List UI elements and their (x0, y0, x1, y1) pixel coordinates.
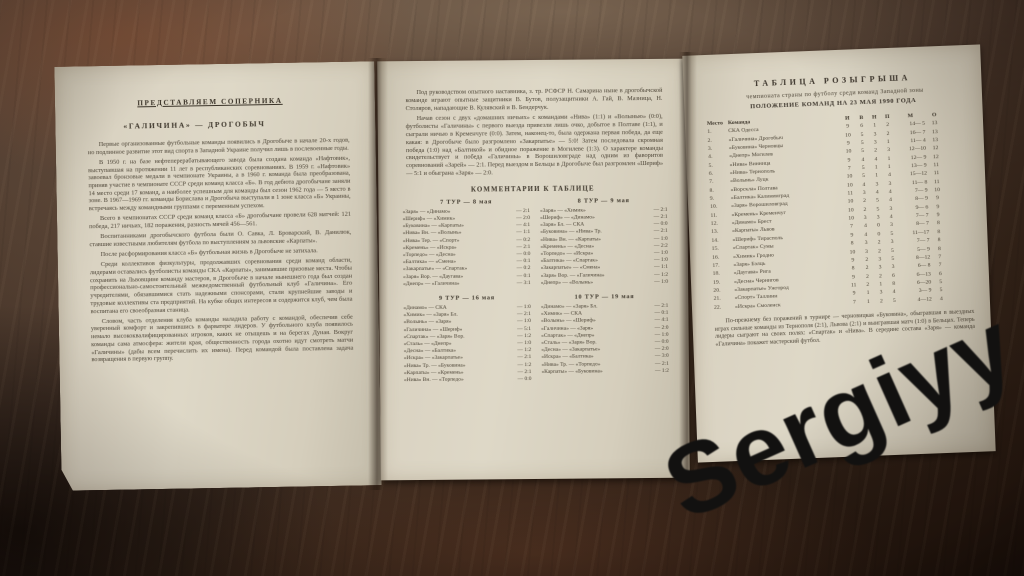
tour-title: 9 ТУР — 16 мая (403, 294, 531, 302)
left-page-header: ПРЕДСТАВЛЯЕМ СОПЕРНИКА (55, 95, 365, 108)
standings-rows: 1. СКА Одесса 9 6 1 2 14— 5 13 2. «Галич… (707, 118, 976, 311)
cell-points: 4 (934, 294, 949, 303)
tour-title: 10 ТУР — 19 мая (541, 293, 669, 301)
programme-page-left: ПРЕДСТАВЛЯЕМ СОПЕРНИКА «ГАЛИЧИНА» — ДРОГ… (54, 61, 381, 491)
programme-page-middle: Под руководством опытного наставника, з.… (377, 59, 690, 481)
match-score: 2:1 (517, 354, 531, 361)
left-page-paragraph: Словом, часть отделения клуба команды на… (91, 313, 354, 364)
middle-page-body: Под руководством опытного наставника, з.… (405, 87, 663, 178)
match-result-row: «Нива» Вн. — «Торпедо»0:0 (404, 376, 532, 384)
tour-block: 10 ТУР — 19 мая «Динамо» — «Заря» Бл.2:1… (541, 293, 669, 383)
cell-wins: 1 (862, 297, 875, 306)
tour-match-list: «Заря» — «Химик»2:1«Шериф» — «Динамо»2:1… (540, 207, 668, 287)
tour-block: 7 ТУР — 8 мая «Заря» — «Динамо»2:1«Шериф… (402, 198, 530, 288)
cell-place: 22. (714, 303, 735, 312)
tour-match-list: «Динамо» — «Заря» Бл.2:1«Химик» — СКА0:1… (541, 303, 669, 376)
tour-match-list: «Заря» — «Динамо»2:1«Шериф» — «Химик»2:0… (402, 208, 530, 288)
tour-block: 9 ТУР — 16 мая «Динамо» — СКА1:0«Химик» … (403, 294, 531, 384)
middle-page-paragraph: Начав сезон с двух «домашних ничьих» с к… (406, 113, 664, 178)
left-page-body: Первые организованные футбольные команды… (88, 137, 354, 365)
comments-section-title: КОММЕНТАРИИ К ТАБЛИЦЕ (378, 184, 687, 194)
match-score: 1:2 (655, 368, 669, 375)
match-result-row: «Днепр» — «Галичина»3:1 (403, 280, 531, 288)
match-score: 5:1 (517, 326, 531, 333)
cell-losses: 5 (888, 296, 901, 305)
match-score: 1:2 (517, 347, 531, 354)
match-score: 2:1 (517, 369, 531, 376)
left-page-paragraph: Всего в чемпионатах СССР среди команд кл… (89, 211, 351, 231)
match-score: 1:2 (517, 362, 531, 369)
tour-title: 8 ТУР — 9 мая (540, 197, 668, 205)
tour-block: 8 ТУР — 9 мая «Заря» — «Химик»2:1«Шериф»… (540, 197, 668, 287)
standings-table: Место Команда И В Н П М О 1. СКА Одесса … (707, 110, 976, 312)
middle-page-paragraph: Под руководством опытного наставника, з.… (405, 87, 662, 113)
match-score: 1:0 (517, 318, 531, 325)
tour-match-list: «Динамо» — СКА1:0«Химик» — «Заря» Бл.2:1… (403, 304, 531, 384)
cell-games: 7 (847, 298, 862, 307)
left-page-paragraph: Воспитанниками дрогобычского футбола был… (89, 229, 351, 249)
match-pair: «Днепр» — «Галичина» (403, 280, 517, 288)
match-score: 1:0 (517, 340, 531, 347)
match-pair: «Карпаты» — «Буковина» (541, 368, 655, 376)
match-score: 1:2 (517, 333, 531, 340)
match-pair: «Днепр» — «Волынь» (541, 279, 655, 287)
tour-title: 7 ТУР — 8 мая (402, 198, 530, 206)
left-page-title: «ГАЛИЧИНА» — ДРОГОБЫЧ (123, 117, 375, 130)
match-score: 3:1 (517, 280, 531, 287)
match-score: 0:0 (518, 376, 532, 383)
tour-results-grid: 7 ТУР — 8 мая «Заря» — «Динамо»2:1«Шериф… (402, 197, 669, 385)
left-page-paragraph: Среди коллективов физкультуры, продолжав… (90, 257, 353, 315)
match-result-row: «Днепр» — «Волынь»1:0 (541, 279, 669, 287)
match-result-row: «Карпаты» — «Буковина»1:2 (541, 368, 669, 376)
match-pair: «Нива» Вн. — «Торпедо» (404, 376, 518, 384)
left-page-paragraph: Первые организованные футбольные команды… (88, 137, 350, 157)
left-page-paragraph: В 1950 г. на базе нефтеперерабатывающего… (88, 155, 351, 213)
cell-draws: 2 (875, 297, 888, 306)
match-score: 1:0 (654, 279, 668, 286)
cell-goals: 4—12 (901, 295, 934, 305)
